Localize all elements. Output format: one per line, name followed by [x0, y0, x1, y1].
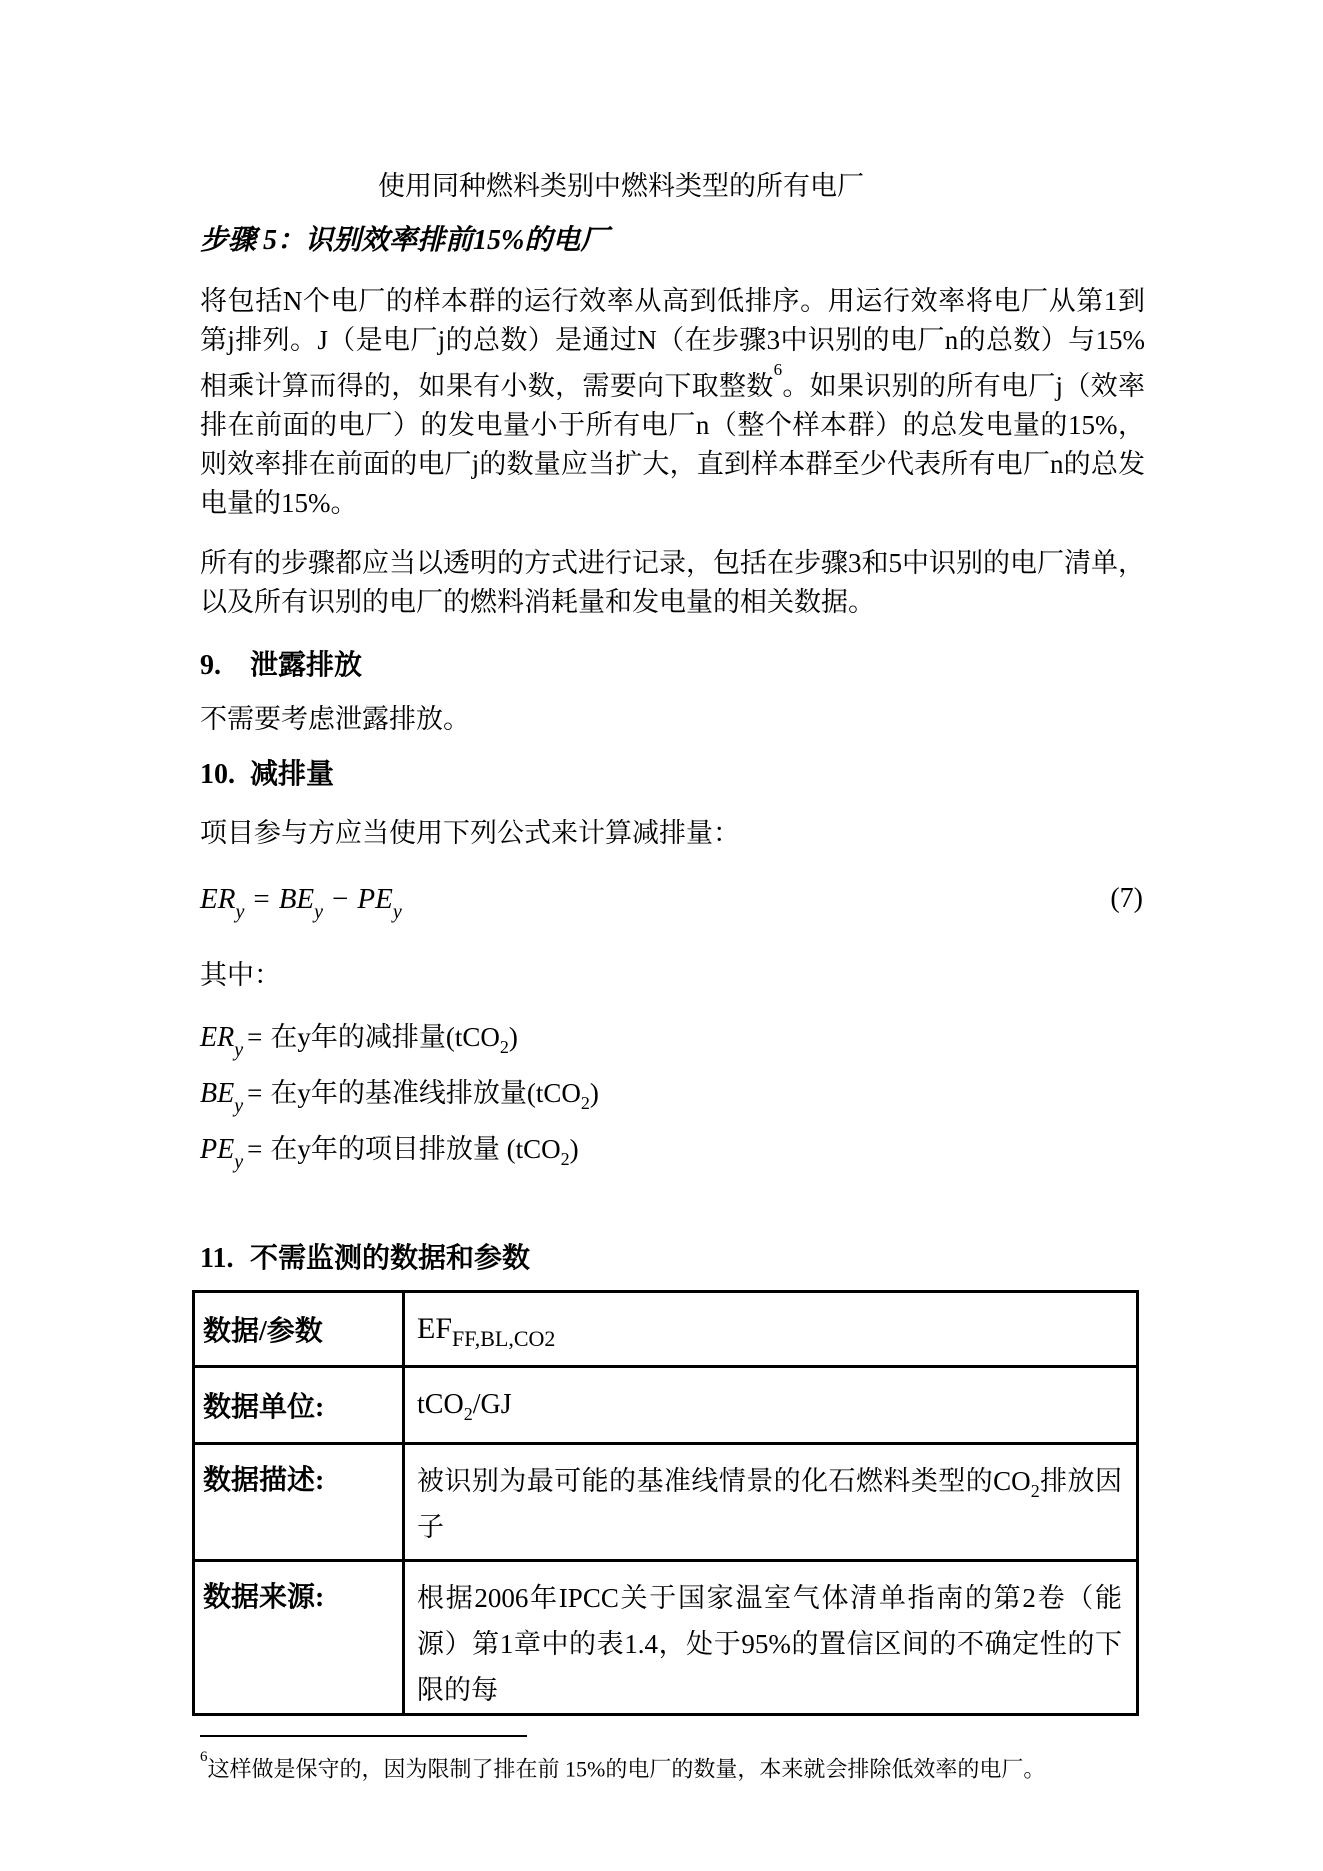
footnote: 6这样做是保守的，因为限制了排在前 15%的电厂的数量，本来就会排除低效率的电厂… [200, 1749, 1145, 1784]
page-content: 使用同种燃料类别中燃料类型的所有电厂 步骤 5：识别效率排前15%的电厂 将包括… [200, 0, 1145, 1784]
source-label-cell: 数据来源: [194, 1561, 404, 1715]
section-9-text: 不需要考虑泄露排放。 [200, 700, 1145, 739]
definition-PE-equals: = [247, 1134, 262, 1164]
table-row-unit: 数据单位: tCO2/GJ [194, 1367, 1138, 1444]
equation-number: (7) [1110, 881, 1143, 917]
section-9-number: 9. [200, 646, 250, 685]
section-9-title: 泄露排放 [250, 650, 362, 681]
definition-BE-sub2: 2 [581, 1093, 590, 1113]
table-row-parameter: 数据/参数 EFFF,BL,CO2 [194, 1292, 1138, 1367]
eq-sub-y-2: y [314, 901, 323, 923]
section-10-intro: 项目参与方应当使用下列公式来计算减排量： [200, 814, 1145, 853]
section-11-title: 不需监测的数据和参数 [250, 1243, 530, 1274]
footnote-ref-6: 6 [774, 360, 783, 379]
step5-heading: 步骤 5：识别效率排前15%的电厂 [200, 221, 1145, 260]
definition-PE-text: 在y年的项目排放量 (tCO [270, 1134, 560, 1164]
definition-BE-symbol: BEy [200, 1078, 243, 1109]
definition-BE-equals: = [247, 1078, 262, 1108]
table-row-source: 数据来源: 根据2006年IPCC关于国家温室气体清单指南的第2卷（能源）第1章… [194, 1561, 1138, 1715]
param-value-cell: EFFF,BL,CO2 [404, 1292, 1138, 1367]
definition-ER-tail: ) [509, 1022, 518, 1052]
definition-PE: PEy=在y年的项目排放量 (tCO2) [200, 1130, 1145, 1169]
equation-7: ERy=BEy−PEy (7) [200, 881, 1145, 925]
eq-equals: = [253, 883, 269, 915]
parameters-table: 数据/参数 EFFF,BL,CO2 数据单位: tCO2/GJ 数据描述: 被识… [192, 1290, 1139, 1716]
description-label-cell: 数据描述: [194, 1444, 404, 1561]
eq-term-BE: BE [279, 883, 314, 915]
description-value-cell: 被识别为最可能的基准线情景的化石燃料类型的CO2排放因子 [404, 1444, 1138, 1561]
definition-PE-symbol: PEy [200, 1134, 243, 1165]
section-10-title: 减排量 [250, 759, 334, 790]
eq-minus: − [332, 883, 348, 915]
footnote-marker: 6 [200, 1749, 208, 1765]
footnote-text: 这样做是保守的，因为限制了排在前 15%的电厂的数量，本来就会排除低效率的电厂。 [208, 1756, 1046, 1781]
eq-sub-y-3: y [393, 901, 402, 923]
definition-PE-tail: ) [570, 1134, 579, 1164]
source-value-cell: 根据2006年IPCC关于国家温室气体清单指南的第2卷（能源）第1章中的表1.4… [404, 1561, 1138, 1715]
definition-ER-equals: = [247, 1022, 262, 1052]
continuation-line: 使用同种燃料类别中燃料类型的所有电厂 [378, 167, 1145, 206]
unit-value: tCO2/GJ [417, 1389, 512, 1420]
definition-BE-text: 在y年的基准线排放量(tCO [270, 1078, 581, 1108]
definition-PE-sub2: 2 [561, 1149, 570, 1169]
document-page: 使用同种燃料类别中燃料类型的所有电厂 步骤 5：识别效率排前15%的电厂 将包括… [0, 0, 1323, 1871]
definition-ER-text: 在y年的减排量(tCO [270, 1022, 500, 1052]
footnote-separator [200, 1735, 527, 1737]
definition-BE: BEy=在y年的基准线排放量(tCO2) [200, 1074, 1145, 1113]
section-11-number: 11. [200, 1239, 250, 1278]
eq-sub-y-1: y [235, 901, 244, 923]
definition-ER-sub2: 2 [500, 1037, 509, 1057]
section-11-heading: 11.不需监测的数据和参数 [200, 1239, 1145, 1278]
definition-ER-symbol: ERy [200, 1022, 243, 1053]
section-10-number: 10. [200, 755, 250, 794]
eq-term-PE: PE [357, 883, 392, 915]
section-9-heading: 9.泄露排放 [200, 646, 1145, 685]
equation-7-expression: ERy=BEy−PEy [200, 881, 402, 917]
where-label: 其中： [200, 956, 1145, 995]
table-row-description: 数据描述: 被识别为最可能的基准线情景的化石燃料类型的CO2排放因子 [194, 1444, 1138, 1561]
param-label-cell: 数据/参数 [194, 1292, 404, 1367]
ef-symbol: EFFF,BL,CO2 [417, 1312, 555, 1345]
definition-BE-tail: ) [590, 1078, 599, 1108]
unit-label-cell: 数据单位: [194, 1367, 404, 1444]
eq-term-ER: ER [200, 883, 235, 915]
unit-value-cell: tCO2/GJ [404, 1367, 1138, 1444]
paragraph-ranking: 将包括N个电厂的样本群的运行效率从高到低排序。用运行效率将电厂从第1到第j排列。… [200, 282, 1145, 523]
section-10-heading: 10.减排量 [200, 755, 1145, 794]
definition-ER: ERy=在y年的减排量(tCO2) [200, 1018, 1145, 1057]
paragraph-transparency: 所有的步骤都应当以透明的方式进行记录，包括在步骤3和5中识别的电厂清单，以及所有… [200, 544, 1145, 622]
